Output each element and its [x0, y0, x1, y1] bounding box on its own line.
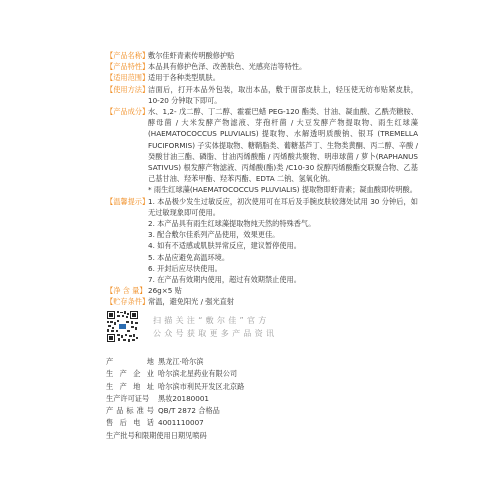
product-name: 敷尔佳虾青素传明酸修护贴: [148, 50, 418, 61]
field-label: 【使用方法】: [106, 84, 148, 106]
license-row: 生产许可证号 黑妆20180001: [106, 393, 244, 405]
field-label: 【产品特性】: [106, 61, 148, 72]
field-label: 【产品名称】: [106, 50, 148, 61]
storage-conditions: 常温，避免阳光 / 强光直射: [148, 296, 418, 307]
license-value: 黑妆20180001: [158, 393, 209, 405]
usage-instructions: 洁面后，打开本品外包装，取出本品，敷于面部皮肤上，轻压使无纺布贴紧皮肤，10-2…: [148, 84, 418, 106]
tip-item: 2. 本产品具有雨生红球藻提取物纯天然的特殊香气。: [148, 218, 418, 229]
usage-row: 【使用方法】 洁面后，打开本品外包装，取出本品，敷于面部皮肤上，轻压使无纺布贴紧…: [106, 84, 418, 106]
product-name-row: 【产品名称】 敷尔佳虾青素传明酸修护贴: [106, 50, 418, 61]
field-label: 【温馨提示】: [106, 196, 148, 286]
manufacturer-info: 产地 黑龙江·哈尔滨 生产企业 哈尔滨北星药业有限公司 生产地址 哈尔滨市利民开…: [106, 356, 244, 442]
ingredients-note: * 雨生红球藻(HAEMATOCOCCUS PLUVIALIS) 提取物即虾青素…: [148, 184, 418, 195]
standard-value: QB/T 2872 合格品: [158, 405, 220, 417]
manufacturer-row: 生产企业 哈尔滨北星药业有限公司: [106, 368, 244, 380]
tip-item: 4. 如有不适感或肌肤异常反应，建议暂停使用。: [148, 240, 418, 251]
info-key: 产地: [106, 356, 158, 368]
qr-section: 扫描关注“敷尔佳”官方 公众号获取更多产品资讯: [106, 310, 277, 343]
field-label: 【净 含 量】: [106, 285, 148, 296]
ingredients-row: 【产品成分】 水、1,2- 戊二醇、丁二醇、霍霍巴蜡 PEG-120 酯类、甘油…: [106, 106, 418, 196]
field-label: 【适用范围】: [106, 72, 148, 83]
origin-value: 黑龙江·哈尔滨: [158, 356, 203, 368]
field-label: 【贮存条件】: [106, 296, 148, 307]
tip-item: 1. 本品极少发生过敏反应，初次使用可在耳后及手腕皮肤较薄处试用 30 分钟后，…: [148, 196, 418, 218]
qr-caption-line1: 扫描关注“敷尔佳”官方: [153, 314, 277, 327]
hotline-row: 售后电话 4001110007: [106, 417, 244, 429]
batch-note: 生产批号和限期使用日期见喷码: [106, 430, 244, 442]
field-label: 【产品成分】: [106, 106, 148, 196]
applicable-scope: 适用于各种类型肌肤。: [148, 72, 418, 83]
info-key: 生产企业: [106, 368, 158, 380]
tip-item: 7. 在产品有效期内使用，超过有效期禁止使用。: [148, 274, 418, 285]
product-features: 本品具有修护色泽、改善肤色、光感亮洁等特性。: [148, 61, 418, 72]
address-row: 生产地址 哈尔滨市利民开发区北京路: [106, 381, 244, 393]
qr-caption: 扫描关注“敷尔佳”官方 公众号获取更多产品资讯: [153, 314, 277, 340]
ingredients-list: 水、1,2- 戊二醇、丁二醇、霍霍巴蜡 PEG-120 酯类、甘油、凝血酸、乙酰…: [148, 106, 418, 184]
tip-item: 3. 配合敷尔佳系列产品使用，效果更佳。: [148, 229, 418, 240]
product-label: 【产品名称】 敷尔佳虾青素传明酸修护贴 【产品特性】 本品具有修护色泽、改善肤色…: [106, 50, 418, 308]
applicable-scope-row: 【适用范围】 适用于各种类型肌肤。: [106, 72, 418, 83]
storage-row: 【贮存条件】 常温，避免阳光 / 强光直射: [106, 296, 418, 307]
tip-item: 5. 本品应避免高温环境。: [148, 252, 418, 263]
origin-row: 产地 黑龙江·哈尔滨: [106, 356, 244, 368]
address-value: 哈尔滨市利民开发区北京路: [158, 381, 244, 393]
hotline-value: 4001110007: [158, 417, 204, 429]
info-key: 生产地址: [106, 381, 158, 393]
info-key: 产品标准号: [106, 405, 158, 417]
manufacturer-value: 哈尔滨北星药业有限公司: [158, 368, 237, 380]
qr-code-icon[interactable]: [106, 310, 139, 343]
net-content-row: 【净 含 量】 26g×5 贴: [106, 285, 418, 296]
qr-caption-line2: 公众号获取更多产品资讯: [153, 327, 277, 340]
standard-row: 产品标准号 QB/T 2872 合格品: [106, 405, 244, 417]
info-key: 售后电话: [106, 417, 158, 429]
tip-item: 6. 开封后应尽快使用。: [148, 263, 418, 274]
info-key: 生产许可证号: [106, 393, 158, 405]
product-features-row: 【产品特性】 本品具有修护色泽、改善肤色、光感亮洁等特性。: [106, 61, 418, 72]
net-content: 26g×5 贴: [148, 285, 418, 296]
tips-row: 【温馨提示】 1. 本品极少发生过敏反应，初次使用可在耳后及手腕皮肤较薄处试用 …: [106, 196, 418, 286]
